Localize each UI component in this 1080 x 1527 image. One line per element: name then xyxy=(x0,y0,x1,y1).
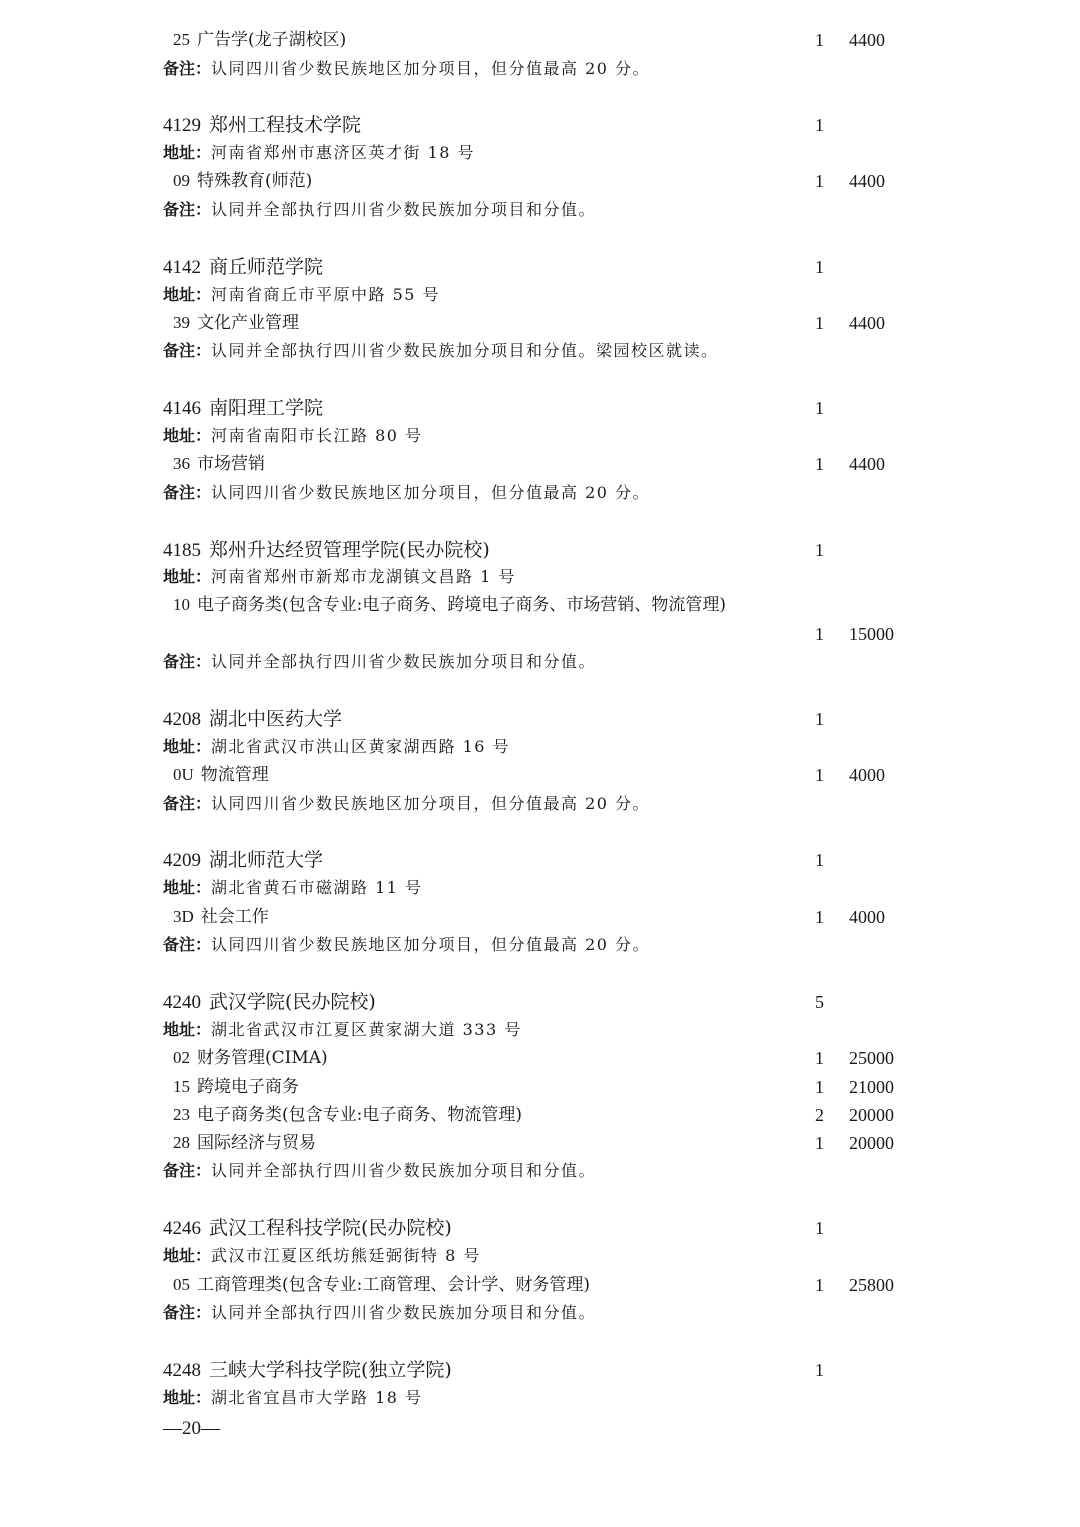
major-count: 1 xyxy=(815,1129,824,1157)
major-code: 23 xyxy=(173,1105,190,1124)
address-label: 地址： xyxy=(163,285,211,304)
address-text: 河南省郑州市新郑市龙湖镇文昌路 1 号 xyxy=(211,567,516,586)
note-text: 认同并全部执行四川省少数民族加分项目和分值。 xyxy=(211,1161,596,1180)
major-fee: 25000 xyxy=(849,1044,894,1072)
major-code: 02 xyxy=(173,1048,190,1067)
school-count: 1 xyxy=(815,1356,824,1384)
note-text: 认同并全部执行四川省少数民族加分项目和分值。 xyxy=(211,200,596,219)
major-code: 3D xyxy=(173,907,194,926)
note-label: 备注： xyxy=(163,652,211,671)
major-row: 15跨境电子商务 xyxy=(173,1073,299,1101)
note-text: 认同四川省少数民族地区加分项目，但分值最高 20 分。 xyxy=(211,935,650,954)
school-name: 商丘师范学院 xyxy=(209,256,323,278)
major-fee: 20000 xyxy=(849,1129,894,1157)
major-row: 39文化产业管理 xyxy=(173,309,299,337)
school-count: 1 xyxy=(815,846,824,874)
major-name: 物流管理 xyxy=(201,765,269,785)
major-count: 1 xyxy=(815,167,824,195)
note-label: 备注： xyxy=(163,794,211,813)
major-fee: 4000 xyxy=(849,761,885,789)
school-name: 武汉工程科技学院(民办院校) xyxy=(209,1217,452,1239)
major-name: 社会工作 xyxy=(201,907,269,927)
school-header: 4240武汉学院(民办院校) xyxy=(163,988,376,1016)
school-count: 1 xyxy=(815,394,824,422)
note-line: 备注：认同四川省少数民族地区加分项目，但分值最高 20 分。 xyxy=(163,790,650,818)
major-fee: 25800 xyxy=(849,1271,894,1299)
school-name: 湖北中医药大学 xyxy=(209,708,342,730)
major-row: 10电子商务类(包含专业:电子商务、跨境电子商务、市场营销、物流管理) xyxy=(173,591,726,619)
school-code: 4248 xyxy=(163,1360,201,1381)
note-label: 备注： xyxy=(163,200,211,219)
school-header: 4142商丘师范学院 xyxy=(163,253,323,281)
school-header: 4208湖北中医药大学 xyxy=(163,705,342,733)
note-line: 备注：认同并全部执行四川省少数民族加分项目和分值。梁园校区就读。 xyxy=(163,337,719,365)
address-line: 地址：河南省南阳市长江路 80 号 xyxy=(163,422,423,450)
address-text: 湖北省宜昌市大学路 18 号 xyxy=(211,1388,423,1407)
note-label: 备注： xyxy=(163,59,211,78)
school-count: 1 xyxy=(815,111,824,139)
address-text: 湖北省武汉市洪山区黄家湖西路 16 号 xyxy=(211,737,510,756)
major-fee: 20000 xyxy=(849,1101,894,1129)
major-count: 1 xyxy=(815,1073,824,1101)
major-code: 39 xyxy=(173,313,190,332)
major-name: 特殊教育(师范) xyxy=(197,171,312,191)
address-label: 地址： xyxy=(163,426,211,445)
school-code: 4142 xyxy=(163,257,201,278)
school-header: 4146南阳理工学院 xyxy=(163,394,323,422)
school-code: 4185 xyxy=(163,540,201,561)
note-text: 认同四川省少数民族地区加分项目，但分值最高 20 分。 xyxy=(211,794,650,813)
school-code: 4209 xyxy=(163,850,201,871)
school-header: 4129郑州工程技术学院 xyxy=(163,111,361,139)
major-count: 1 xyxy=(815,309,824,337)
major-code: 05 xyxy=(173,1275,190,1294)
major-code: 15 xyxy=(173,1077,190,1096)
note-text: 认同并全部执行四川省少数民族加分项目和分值。梁园校区就读。 xyxy=(211,341,719,360)
address-text: 湖北省黄石市磁湖路 11 号 xyxy=(211,878,423,897)
address-line: 地址：湖北省武汉市洪山区黄家湖西路 16 号 xyxy=(163,733,510,761)
address-label: 地址： xyxy=(163,1246,211,1265)
note-line: 备注：认同四川省少数民族地区加分项目，但分值最高 20 分。 xyxy=(163,931,650,959)
address-label: 地址： xyxy=(163,143,211,162)
major-row: 25广告学(龙子湖校区) xyxy=(173,26,346,54)
address-label: 地址： xyxy=(163,878,211,897)
school-header: 4246武汉工程科技学院(民办院校) xyxy=(163,1214,452,1242)
note-line: 备注：认同并全部执行四川省少数民族加分项目和分值。 xyxy=(163,196,596,224)
note-label: 备注： xyxy=(163,483,211,502)
school-name: 郑州工程技术学院 xyxy=(209,114,361,136)
school-name: 郑州升达经贸管理学院(民办院校) xyxy=(209,539,490,561)
major-code: 0U xyxy=(173,765,194,784)
major-name: 市场营销 xyxy=(197,454,265,474)
note-text: 认同并全部执行四川省少数民族加分项目和分值。 xyxy=(211,652,596,671)
page-number: —20— xyxy=(163,1418,220,1440)
document-page: 25广告学(龙子湖校区) 1 4400 备注：认同四川省少数民族地区加分项目，但… xyxy=(0,0,1080,1527)
school-header: 4185郑州升达经贸管理学院(民办院校) xyxy=(163,536,490,564)
major-row: 0U物流管理 xyxy=(173,761,269,789)
school-code: 4146 xyxy=(163,398,201,419)
major-count: 1 xyxy=(815,1044,824,1072)
address-label: 地址： xyxy=(163,1388,211,1407)
note-line: 备注：认同并全部执行四川省少数民族加分项目和分值。 xyxy=(163,1299,596,1327)
address-text: 湖北省武汉市江夏区黄家湖大道 333 号 xyxy=(211,1020,522,1039)
major-name: 跨境电子商务 xyxy=(197,1077,299,1097)
major-name: 财务管理(CIMA) xyxy=(197,1048,328,1068)
major-row: 09特殊教育(师范) xyxy=(173,167,312,195)
major-name: 电子商务类(包含专业:电子商务、跨境电子商务、市场营销、物流管理) xyxy=(197,595,726,615)
note-label: 备注： xyxy=(163,341,211,360)
school-count: 1 xyxy=(815,1214,824,1242)
school-count: 1 xyxy=(815,536,824,564)
major-fee: 4400 xyxy=(849,167,885,195)
school-count: 5 xyxy=(815,988,824,1016)
major-fee: 4400 xyxy=(849,309,885,337)
note-label: 备注： xyxy=(163,935,211,954)
address-line: 地址：武汉市江夏区纸坊熊廷弼街特 8 号 xyxy=(163,1242,481,1270)
address-line: 地址：湖北省武汉市江夏区黄家湖大道 333 号 xyxy=(163,1016,522,1044)
school-header: 4248三峡大学科技学院(独立学院) xyxy=(163,1356,452,1384)
address-line: 地址：河南省商丘市平原中路 55 号 xyxy=(163,281,440,309)
address-line: 地址：河南省郑州市新郑市龙湖镇文昌路 1 号 xyxy=(163,563,516,591)
note-line: 备注：认同并全部执行四川省少数民族加分项目和分值。 xyxy=(163,648,596,676)
school-code: 4240 xyxy=(163,992,201,1013)
school-name: 南阳理工学院 xyxy=(209,397,323,419)
note-text: 认同四川省少数民族地区加分项目，但分值最高 20 分。 xyxy=(211,483,650,502)
major-fee: 21000 xyxy=(849,1073,894,1101)
major-code: 36 xyxy=(173,454,190,473)
note-line: 备注：认同四川省少数民族地区加分项目，但分值最高 20 分。 xyxy=(163,479,650,507)
address-text: 河南省郑州市惠济区英才街 18 号 xyxy=(211,143,475,162)
address-label: 地址： xyxy=(163,1020,211,1039)
address-label: 地址： xyxy=(163,737,211,756)
major-count: 2 xyxy=(815,1101,824,1129)
major-row: 3D社会工作 xyxy=(173,903,269,931)
major-count: 1 xyxy=(815,1271,824,1299)
address-label: 地址： xyxy=(163,567,211,586)
school-count: 1 xyxy=(815,705,824,733)
major-fee: 4400 xyxy=(849,26,885,54)
school-code: 4208 xyxy=(163,709,201,730)
major-code: 28 xyxy=(173,1133,190,1152)
major-row: 28国际经济与贸易 xyxy=(173,1129,316,1157)
school-header: 4209湖北师范大学 xyxy=(163,846,323,874)
note-line: 备注：认同并全部执行四川省少数民族加分项目和分值。 xyxy=(163,1157,596,1185)
major-row: 23电子商务类(包含专业:电子商务、物流管理) xyxy=(173,1101,522,1129)
major-name: 电子商务类(包含专业:电子商务、物流管理) xyxy=(197,1105,522,1125)
address-text: 河南省商丘市平原中路 55 号 xyxy=(211,285,440,304)
major-count: 1 xyxy=(815,26,824,54)
major-count: 1 xyxy=(815,620,824,648)
major-name: 广告学(龙子湖校区) xyxy=(197,30,346,50)
major-count: 1 xyxy=(815,450,824,478)
major-name: 文化产业管理 xyxy=(197,313,299,333)
school-code: 4246 xyxy=(163,1218,201,1239)
school-code: 4129 xyxy=(163,115,201,136)
major-count: 1 xyxy=(815,903,824,931)
major-row: 02财务管理(CIMA) xyxy=(173,1044,328,1072)
address-line: 地址：湖北省宜昌市大学路 18 号 xyxy=(163,1384,423,1412)
note-line: 备注：认同四川省少数民族地区加分项目，但分值最高 20 分。 xyxy=(163,55,650,83)
major-name: 工商管理类(包含专业:工商管理、会计学、财务管理) xyxy=(197,1275,590,1295)
address-text: 武汉市江夏区纸坊熊廷弼街特 8 号 xyxy=(211,1246,481,1265)
school-name: 湖北师范大学 xyxy=(209,849,323,871)
address-line: 地址：湖北省黄石市磁湖路 11 号 xyxy=(163,874,423,902)
major-code: 10 xyxy=(173,595,190,614)
major-fee: 4400 xyxy=(849,450,885,478)
address-text: 河南省南阳市长江路 80 号 xyxy=(211,426,423,445)
school-name: 武汉学院(民办院校) xyxy=(209,991,376,1013)
note-label: 备注： xyxy=(163,1303,211,1322)
school-count: 1 xyxy=(815,253,824,281)
major-count: 1 xyxy=(815,761,824,789)
note-label: 备注： xyxy=(163,1161,211,1180)
major-fee: 4000 xyxy=(849,903,885,931)
major-name: 国际经济与贸易 xyxy=(197,1133,316,1153)
major-row: 36市场营销 xyxy=(173,450,265,478)
note-text: 认同并全部执行四川省少数民族加分项目和分值。 xyxy=(211,1303,596,1322)
note-text: 认同四川省少数民族地区加分项目，但分值最高 20 分。 xyxy=(211,59,650,78)
school-name: 三峡大学科技学院(独立学院) xyxy=(209,1359,452,1381)
major-fee: 15000 xyxy=(849,620,894,648)
major-code: 25 xyxy=(173,30,190,49)
major-code: 09 xyxy=(173,171,190,190)
major-row: 05工商管理类(包含专业:工商管理、会计学、财务管理) xyxy=(173,1271,590,1299)
address-line: 地址：河南省郑州市惠济区英才街 18 号 xyxy=(163,139,475,167)
